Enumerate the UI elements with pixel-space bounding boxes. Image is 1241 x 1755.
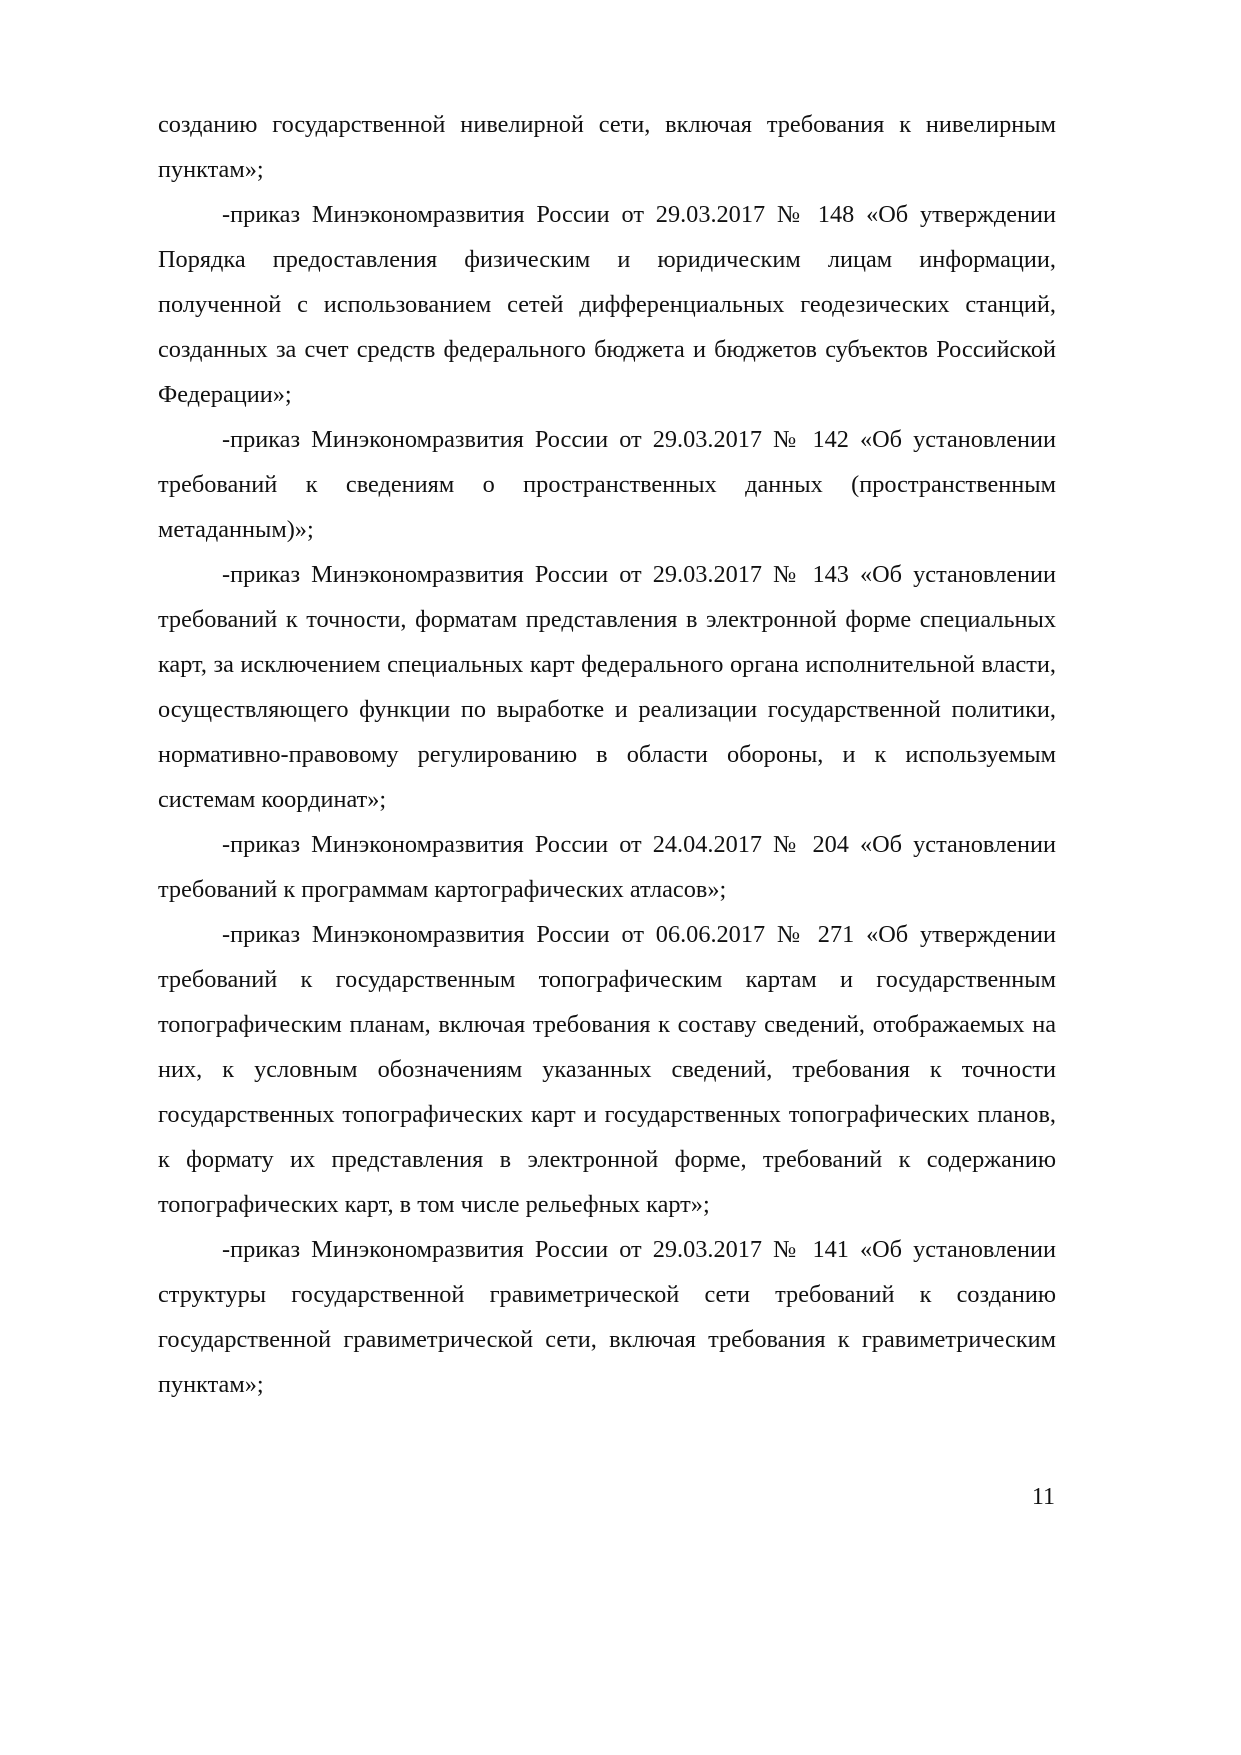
paragraph-order-142: -приказ Минэкономразвития России от 29.0… <box>158 417 1056 552</box>
paragraph-order-143: -приказ Минэкономразвития России от 29.0… <box>158 552 1056 822</box>
document-page: созданию государственной нивелирной сети… <box>158 102 1056 1407</box>
paragraph-order-204: -приказ Минэкономразвития России от 24.0… <box>158 822 1056 912</box>
paragraph-continuation: созданию государственной нивелирной сети… <box>158 102 1056 192</box>
page-number: 11 <box>1032 1484 1055 1511</box>
paragraph-order-271: -приказ Минэкономразвития России от 06.0… <box>158 912 1056 1227</box>
paragraph-order-141: -приказ Минэкономразвития России от 29.0… <box>158 1227 1056 1407</box>
paragraph-order-148: -приказ Минэкономразвития России от 29.0… <box>158 192 1056 417</box>
